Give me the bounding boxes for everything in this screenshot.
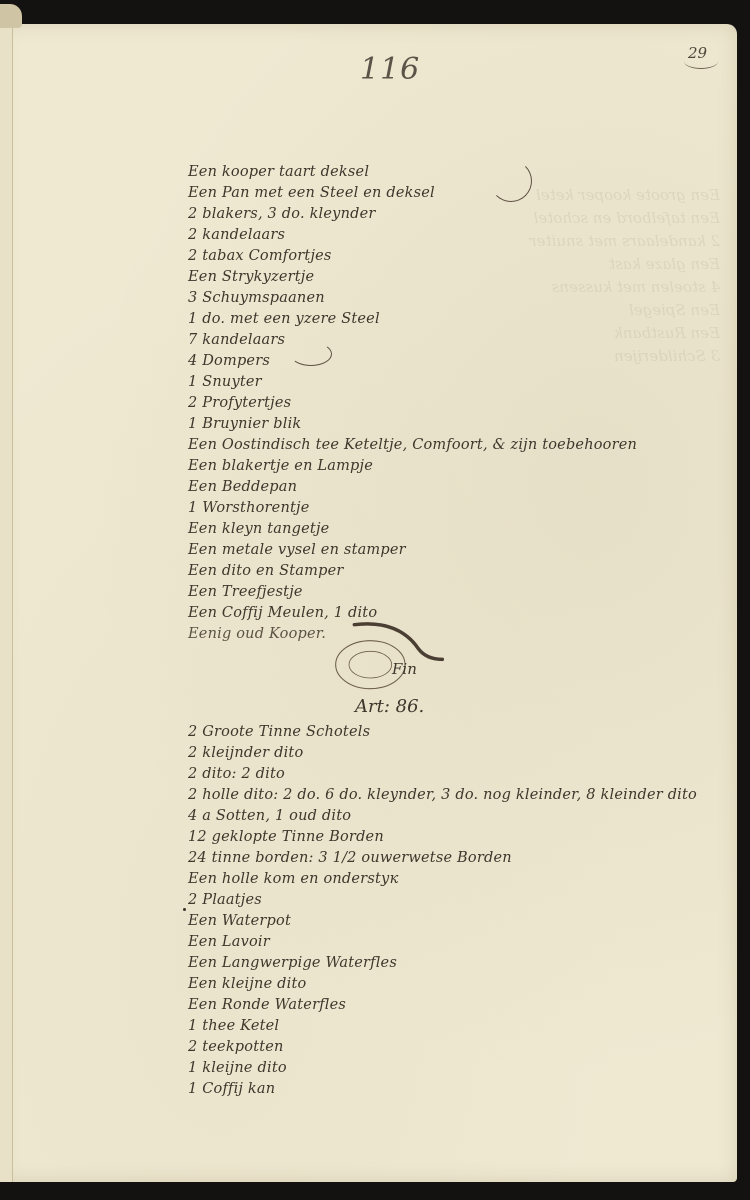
list-item: Een kleijne dito xyxy=(188,976,306,992)
list-item: Een Waterpot xyxy=(188,913,291,929)
list-item: 2 holle dito: 2 do. 6 do. kleynder, 3 do… xyxy=(188,787,697,803)
list-item: 1 thee Ketel xyxy=(188,1018,279,1034)
list-item: Een Ronde Waterfles xyxy=(188,997,346,1013)
list-item: Een Langwerpige Waterfles xyxy=(188,955,397,971)
list-item: Een holle kom en onderstук xyxy=(188,871,398,887)
list-item: 2 Plaatjes xyxy=(188,892,262,908)
list-item: 12 geklopte Tinne Borden xyxy=(188,829,384,845)
list-item: 1 kleijne dito xyxy=(188,1060,287,1076)
list-item: 2 dito: 2 dito xyxy=(188,766,285,782)
list-item: 2 teekpotten xyxy=(188,1039,284,1055)
list-item: 2 Groote Tinne Schotels xyxy=(188,724,370,740)
ink-dot xyxy=(183,908,186,911)
list-item: 4 a Sotten, 1 oud dito xyxy=(188,808,351,824)
list-item: 24 tinne borden: 3 1/2 ouwerwetse Borden xyxy=(188,850,512,866)
manuscript-page: 116 29 Een groote kooper ketelEen tafelb… xyxy=(0,24,737,1182)
list-item: Een Lavoir xyxy=(188,934,270,950)
list-item: 1 Coffij kan xyxy=(188,1081,275,1097)
pewter-inventory-list: 2 Groote Tinne Schotels 2 kleijnder dito… xyxy=(0,24,737,1182)
list-item: 2 kleijnder dito xyxy=(188,745,303,761)
